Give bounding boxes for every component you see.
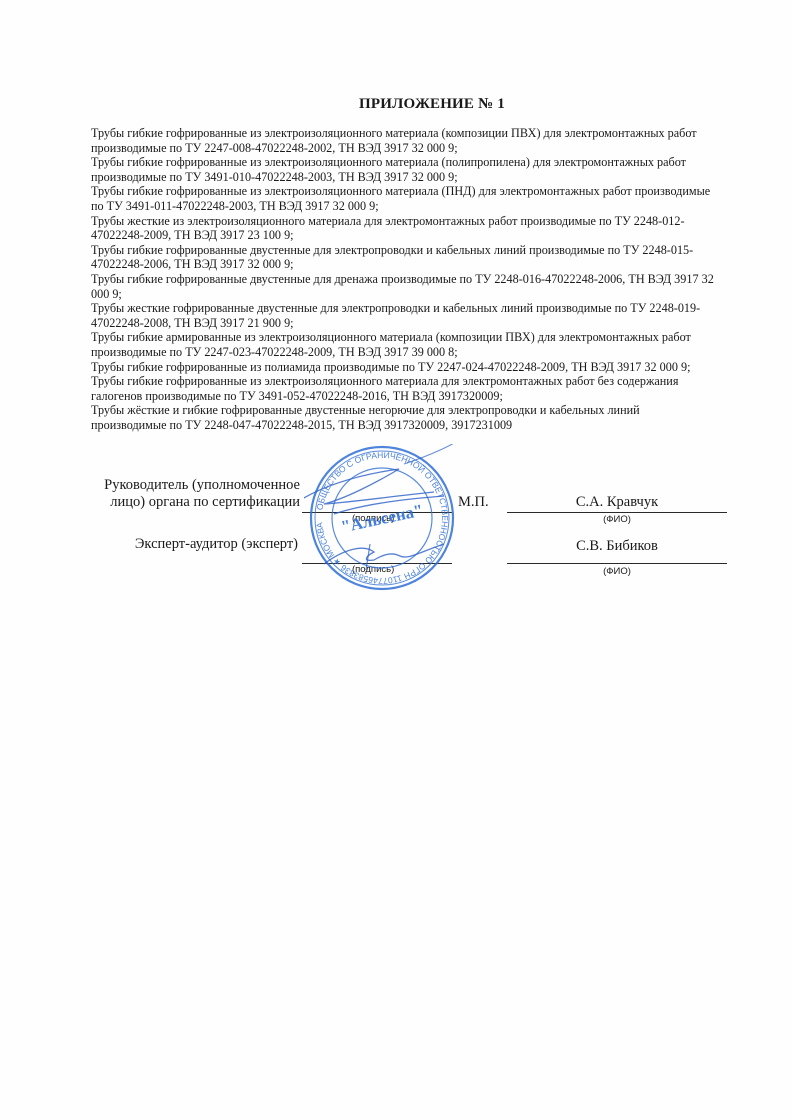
expert-signature-caption: (подпись) bbox=[352, 564, 394, 575]
expert-name-line bbox=[507, 563, 727, 564]
head-label-line2: лицо) органа по сертификации bbox=[80, 494, 300, 511]
signature-block: Руководитель (уполномоченное лицо) орган… bbox=[0, 0, 792, 1120]
expert-name-caption: (ФИО) bbox=[507, 566, 727, 577]
head-label-line1: Руководитель (уполномоченное bbox=[80, 477, 300, 494]
document-page: ПРИЛОЖЕНИЕ № 1 Трубы гибкие гофрированны… bbox=[0, 0, 792, 1120]
head-name-line bbox=[507, 512, 727, 513]
expert-name: С.В. Бибиков bbox=[507, 538, 727, 555]
head-name: С.А. Кравчук bbox=[507, 494, 727, 511]
seal-label: М.П. bbox=[458, 494, 489, 511]
head-label: Руководитель (уполномоченное лицо) орган… bbox=[80, 477, 300, 511]
head-signature-caption: (подпись) bbox=[352, 513, 394, 524]
expert-label: Эксперт-аудитор (эксперт) bbox=[80, 536, 298, 553]
head-name-caption: (ФИО) bbox=[507, 514, 727, 525]
